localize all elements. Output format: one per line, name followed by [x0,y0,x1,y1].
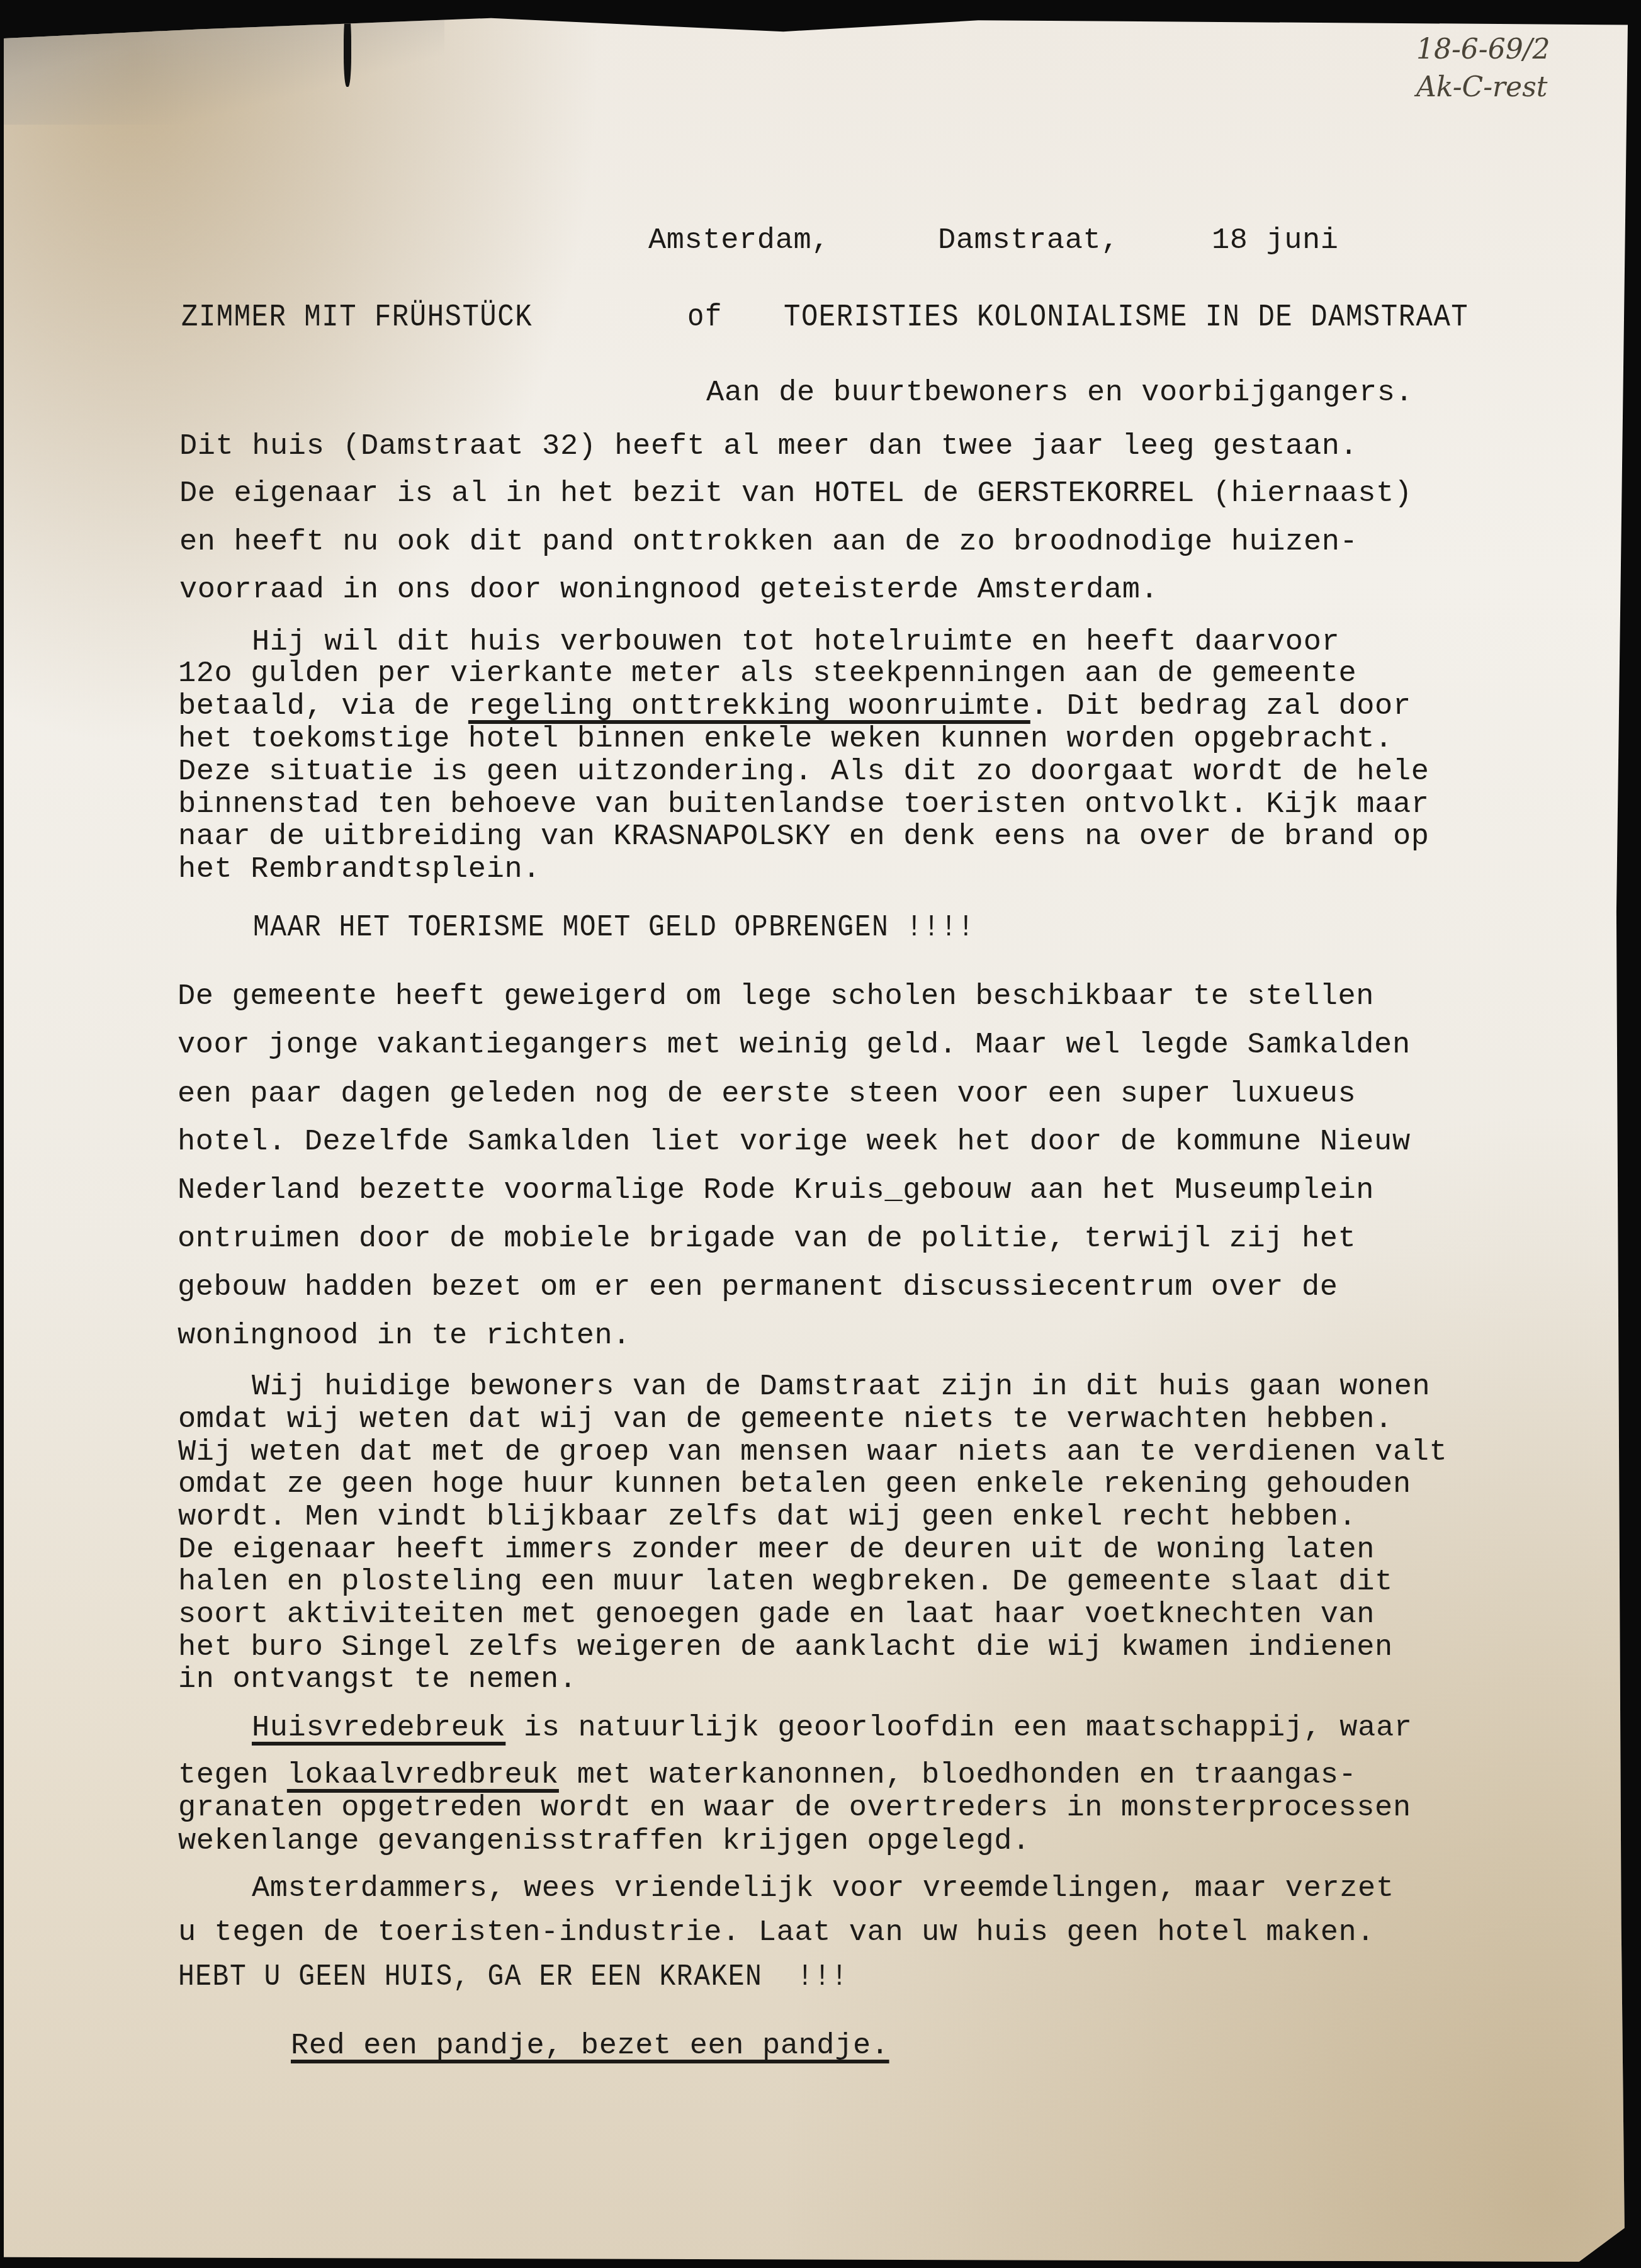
text-line: soort aktiviteiten met genoegen gade en … [178,1598,1375,1633]
archive-annotation-line2: Ak-C-rest [1416,69,1547,106]
header-place: Amsterdam, [648,223,830,259]
text-segment: . Dit bedrag zal door [1030,690,1411,723]
title-right: TOERISTIES KOLONIALISME IN DE DAMSTRAAT [784,297,1469,337]
text-line: Amsterdammers, wees vriendelijk voor vre… [252,1871,1394,1907]
text-line: een paar dagen geleden nog de eerste ste… [178,1077,1356,1112]
text-line: voorraad in ons door woningnood geteiste… [179,573,1158,608]
text-line: ontruimen door de mobiele brigade van de… [178,1222,1356,1257]
text-line: Nederland bezette voormalige Rode Kruis_… [178,1173,1374,1209]
text-segment: is natuurlijk geoorloofdin een maatschap… [505,1712,1412,1745]
underlined-phrase: lokaalvredbreuk [287,1759,559,1792]
header-street: Damstraat, [938,223,1119,259]
text-line: halen en plosteling een muur laten wegbr… [178,1565,1393,1600]
text-segment: betaald, via de [178,690,468,723]
text-line: woningnood in te richten. [178,1319,631,1354]
text-line: granaten opgetreden wordt en waar de ove… [178,1791,1411,1826]
header-date: 18 juni [1212,223,1339,259]
text-line: en heeft nu ook dit pand onttrokken aan … [179,525,1358,560]
text-line: voor jonge vakantiegangers met weinig ge… [178,1028,1411,1063]
text-line: 12o gulden per vierkante meter als steek… [178,657,1356,692]
closing-slogan: Red een pandje, bezet een pandje. [291,2029,889,2064]
text-line: u tegen de toeristen-industrie. Laat van… [178,1915,1375,1951]
text-line: gebouw hadden bezet om er een permanent … [178,1270,1338,1306]
title-left: ZIMMER MIT FRÜHSTÜCK [181,297,533,337]
text-line: in ontvangst te nemen. [178,1662,577,1698]
text-line: hotel. Dezelfde Samkalden liet vorige we… [178,1125,1411,1160]
archive-annotation-line1: 18-6-69/2 [1416,31,1550,68]
text-line: De gemeente heeft geweigerd om lege scho… [178,979,1374,1015]
text-line: binnenstad ten behoeve van buitenlandse … [178,787,1430,823]
text-line: Wij weten dat met de groep van mensen wa… [178,1435,1447,1470]
text-line: De eigenaar heeft immers zonder meer de … [178,1533,1375,1568]
text-line: wekenlange gevangenisstraffen krijgen op… [178,1824,1030,1859]
text-line: het toekomstige hotel binnen enkele weke… [178,722,1393,757]
text-line: tegen lokaalvredbreuk met waterkanonnen,… [178,1758,1356,1793]
text-line: De eigenaar is al in het bezit van HOTEL… [179,477,1413,512]
paper-tear [344,11,351,87]
text-line: omdat wij weten dat wij van de gemeente … [178,1402,1393,1438]
paper-crease-stain [4,11,444,125]
text-line: wordt. Men vindt blijkbaar zelfs dat wij… [178,1500,1356,1535]
underlined-phrase: regeling onttrekking woonruimte [468,690,1030,723]
text-segment: met waterkanonnen, bloedhonden en traang… [559,1759,1356,1792]
text-line: omdat ze geen hoge huur kunnen betalen g… [178,1467,1411,1503]
text-line: Dit huis (Damstraat 32) heeft al meer da… [179,429,1358,465]
text-line: betaald, via de regeling onttrekking woo… [178,689,1411,725]
text-segment: tegen [178,1759,287,1792]
salutation: Aan de buurtbewoners en voorbijgangers. [706,376,1413,411]
text-line: het Rembrandtsplein. [178,852,541,888]
slogan-squat: HEBT U GEEN HUIS, GA ER EEN KRAKEN !!! [178,1958,849,1997]
text-line: Wij huidige bewoners van de Damstraat zi… [252,1370,1430,1405]
text-line: het buro Singel zelfs weigeren de aankla… [178,1630,1393,1666]
title-connector: of [687,297,723,337]
underlined-phrase: Huisvredebreuk [252,1712,505,1745]
text-line: Hij wil dit huis verbouwen tot hotelruim… [252,625,1339,660]
slogan-tourism: MAAR HET TOERISME MOET GELD OPBRENGEN !!… [253,908,975,947]
text-line: naar de uitbreiding van KRASNAPOLSKY en … [178,820,1430,855]
text-line: Huisvredebreuk is natuurlijk geoorloofdi… [252,1711,1413,1746]
text-line: Deze situatie is geen uitzondering. Als … [178,755,1430,790]
